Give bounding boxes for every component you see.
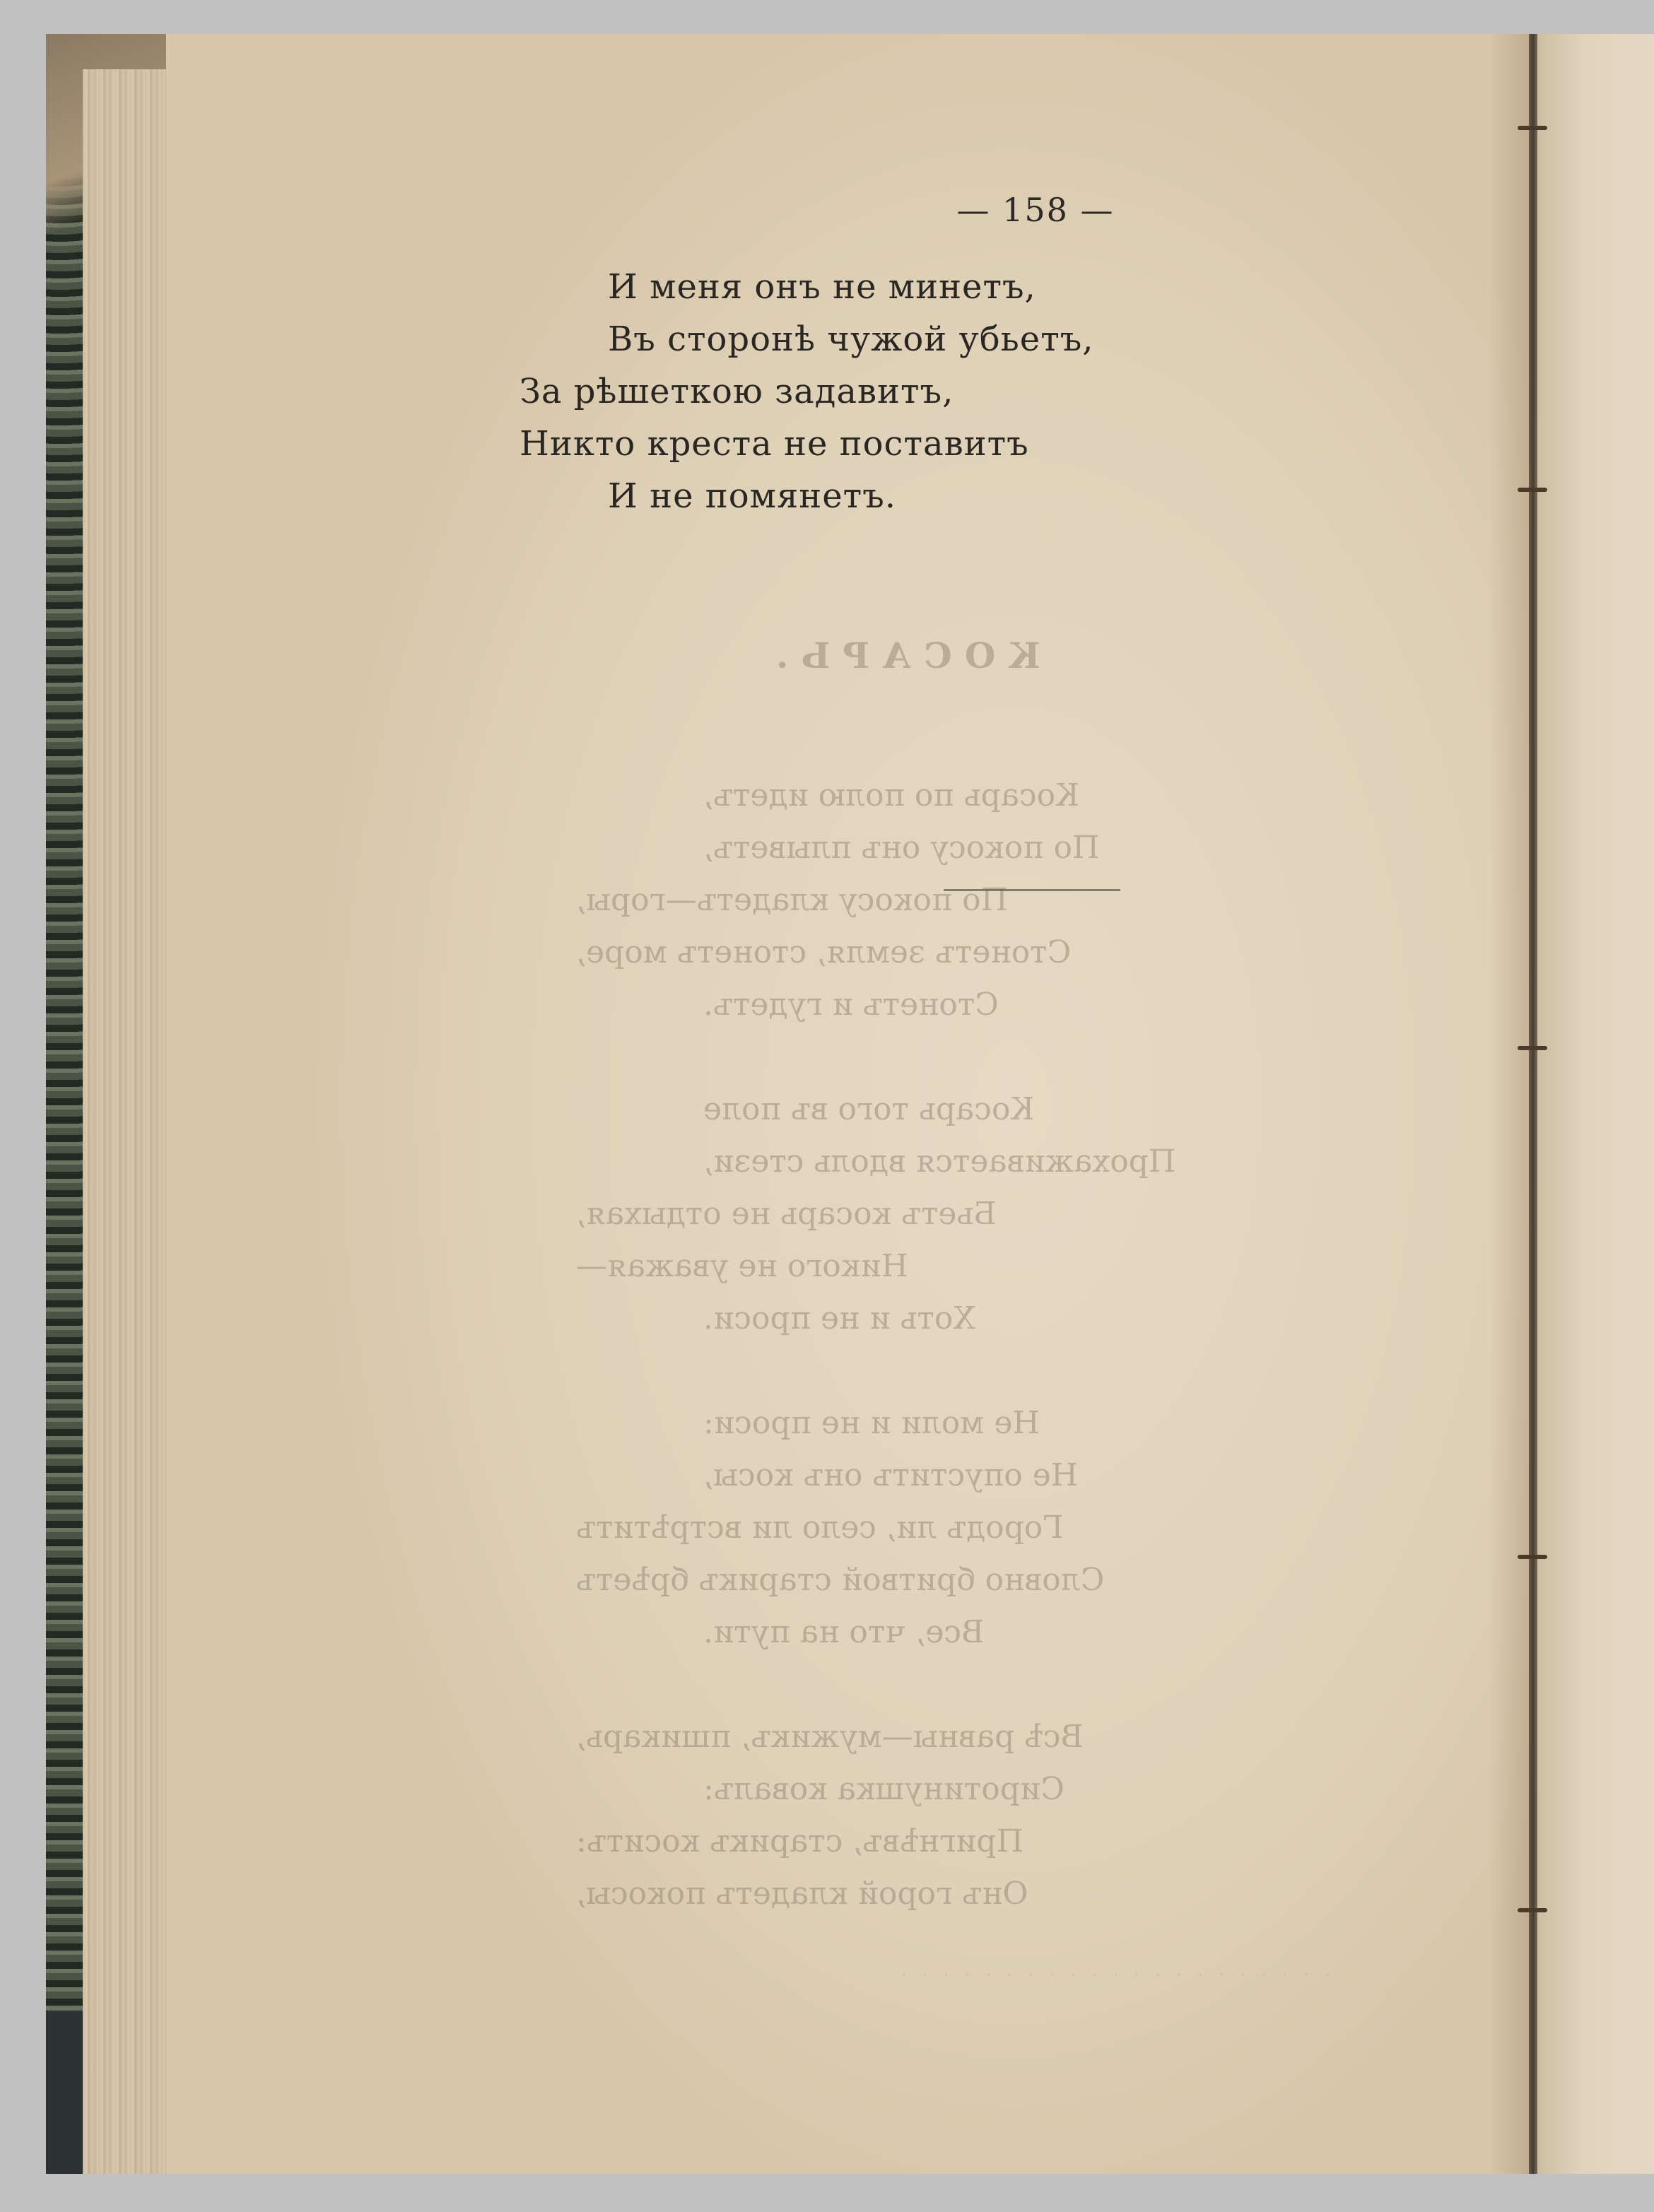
bleed-line: Хоть и не проси.: [703, 1300, 975, 1336]
poem-line: За рѣшеткою задавитъ,: [520, 372, 954, 411]
bleed-line: Не моли и не проси:: [703, 1405, 1040, 1441]
bleed-line: Стонетъ и гудетъ.: [703, 987, 999, 1023]
poem-line: Въ сторонѣ чужой убьетъ,: [608, 319, 1094, 359]
bleed-line: По покосу онъ плыветъ,: [703, 830, 1099, 866]
bleed-line: Бьетъ косарь не отдыхая,: [576, 1196, 997, 1232]
bleed-line: Словно бритвой старикъ брѣетъ: [576, 1562, 1104, 1598]
ink-underline-mark: [944, 889, 1120, 891]
page-number: — 158 —: [922, 191, 1149, 229]
poem-line: И меня онъ не минетъ,: [608, 267, 1036, 307]
binding-stitch: [1518, 1046, 1547, 1050]
poem-line: Никто креста не поставитъ: [520, 424, 1029, 464]
gutter-shadow: [1488, 34, 1530, 2174]
bleed-line: Сиротинушка ковалъ:: [703, 1771, 1064, 1807]
bleed-line: Онъ горой кладетъ покосы,: [576, 1876, 1028, 1912]
bleed-dotted-rule: . . . . . . . . . . . . . . . . . . . . …: [901, 1962, 1336, 1979]
page-edges: [83, 69, 175, 2174]
binding-stitch: [1518, 488, 1547, 492]
book-page: КОСАРЬ. Косарь по полю идетъ, По покосу …: [166, 34, 1576, 2174]
marbled-cover: [46, 34, 83, 2174]
binding-stitch: [1518, 1555, 1547, 1559]
bleed-line: Все, что на пути.: [703, 1614, 984, 1650]
bleed-line: Пригнѣвъ, старикъ коситъ:: [576, 1823, 1024, 1859]
poem-line: И не помянетъ.: [608, 476, 896, 516]
cover-corner-bottom: [46, 2011, 88, 2174]
bleed-line: По покосу кладетъ—горы,: [576, 882, 1008, 918]
bleed-title: КОСАРЬ.: [763, 635, 1040, 676]
bleed-line: Косарь по полю идетъ,: [703, 777, 1079, 813]
bleed-line: Не опуститъ онъ косы,: [703, 1457, 1078, 1493]
binding-stitch: [1518, 1908, 1547, 1912]
binding-stitch: [1518, 126, 1547, 130]
bleed-line: Прохаживается вдоль стези,: [703, 1143, 1175, 1179]
binding-gutter: [1529, 34, 1537, 2174]
bleed-line: Городъ ли, село ли встрѣтитъ: [576, 1510, 1063, 1546]
bleed-line: Стонетъ земля, стонетъ море,: [576, 934, 1071, 970]
bleed-line: Никого не уважая—: [576, 1248, 908, 1284]
bleed-line: Всѣ равны—мужикъ, пшикарь,: [576, 1719, 1084, 1755]
next-page-edge: [1537, 34, 1654, 2174]
book-scan: КОСАРЬ. Косарь по полю идетъ, По покосу …: [46, 34, 1654, 2174]
bleed-line: Косарь того въ поле: [703, 1091, 1034, 1127]
